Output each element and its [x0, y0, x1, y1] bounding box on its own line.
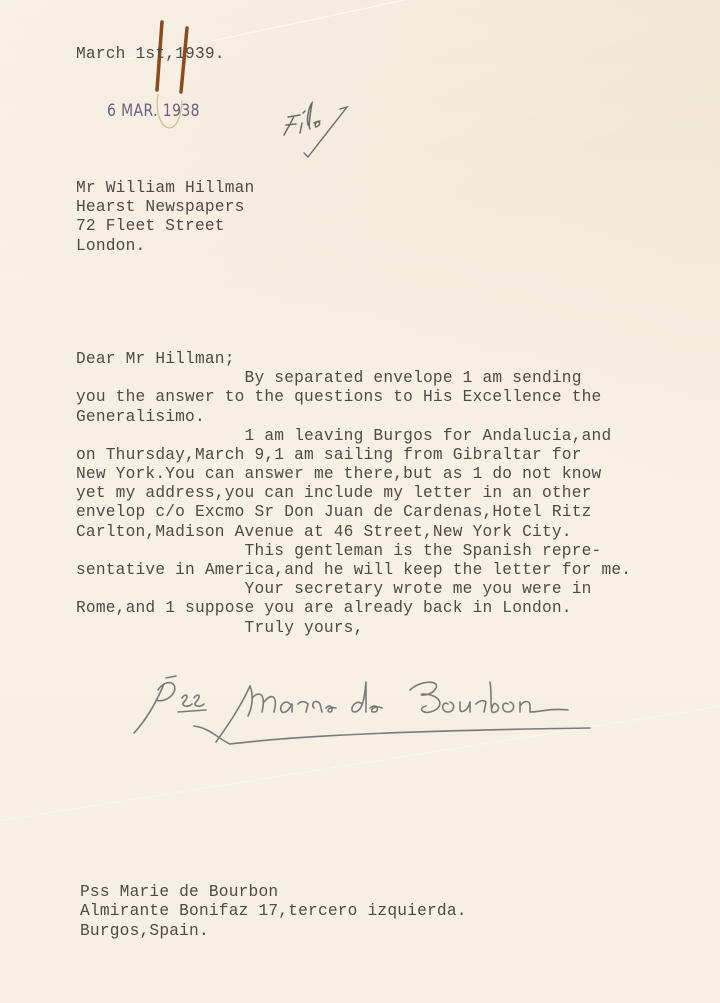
body-line: yet my address,you can include my letter… — [76, 484, 592, 503]
handwritten-signature — [130, 668, 630, 758]
body-line: Carlton,Madison Avenue at 46 Street,New … — [76, 523, 572, 542]
recipient-company: Hearst Newspapers — [76, 198, 245, 217]
closing: Truly yours, — [76, 619, 364, 638]
recipient-city: London. — [76, 237, 145, 256]
recipient-name: Mr William Hillman — [76, 179, 254, 198]
body-line: sentative in America,and he will keep th… — [76, 561, 631, 580]
body-line: Rome,and 1 suppose you are already back … — [76, 599, 572, 618]
body-line: 1 am leaving Burgos for Andalucia,and — [76, 427, 611, 446]
received-date-stamp: 6 MAR. 1938 — [107, 101, 200, 121]
rust-clip-mark — [140, 20, 200, 160]
body-line: envelop c/o Excmo Sr Don Juan de Cardena… — [76, 503, 592, 522]
file-annotation-icon — [280, 95, 355, 165]
body-line: on Thursday,March 9,1 am sailing from Gi… — [76, 446, 582, 465]
salutation: Dear Mr Hillman; — [76, 350, 235, 369]
sender-street: Almirante Bonifaz 17,tercero izquierda. — [80, 902, 467, 921]
body-line: By separated envelope 1 am sending — [76, 369, 582, 388]
body-line: New York.You can answer me there,but as … — [76, 465, 601, 484]
sender-city: Burgos,Spain. — [80, 922, 209, 941]
body-line: you the answer to the questions to His E… — [76, 388, 601, 407]
body-line: This gentleman is the Spanish repre- — [76, 542, 601, 561]
body-line: Your secretary wrote me you were in — [76, 580, 592, 599]
body-line: Generalisimo. — [76, 408, 205, 427]
letter-date: March 1st,1939. — [76, 45, 225, 64]
recipient-street: 72 Fleet Street — [76, 217, 225, 236]
sender-name: Pss Marie de Bourbon — [80, 883, 278, 902]
